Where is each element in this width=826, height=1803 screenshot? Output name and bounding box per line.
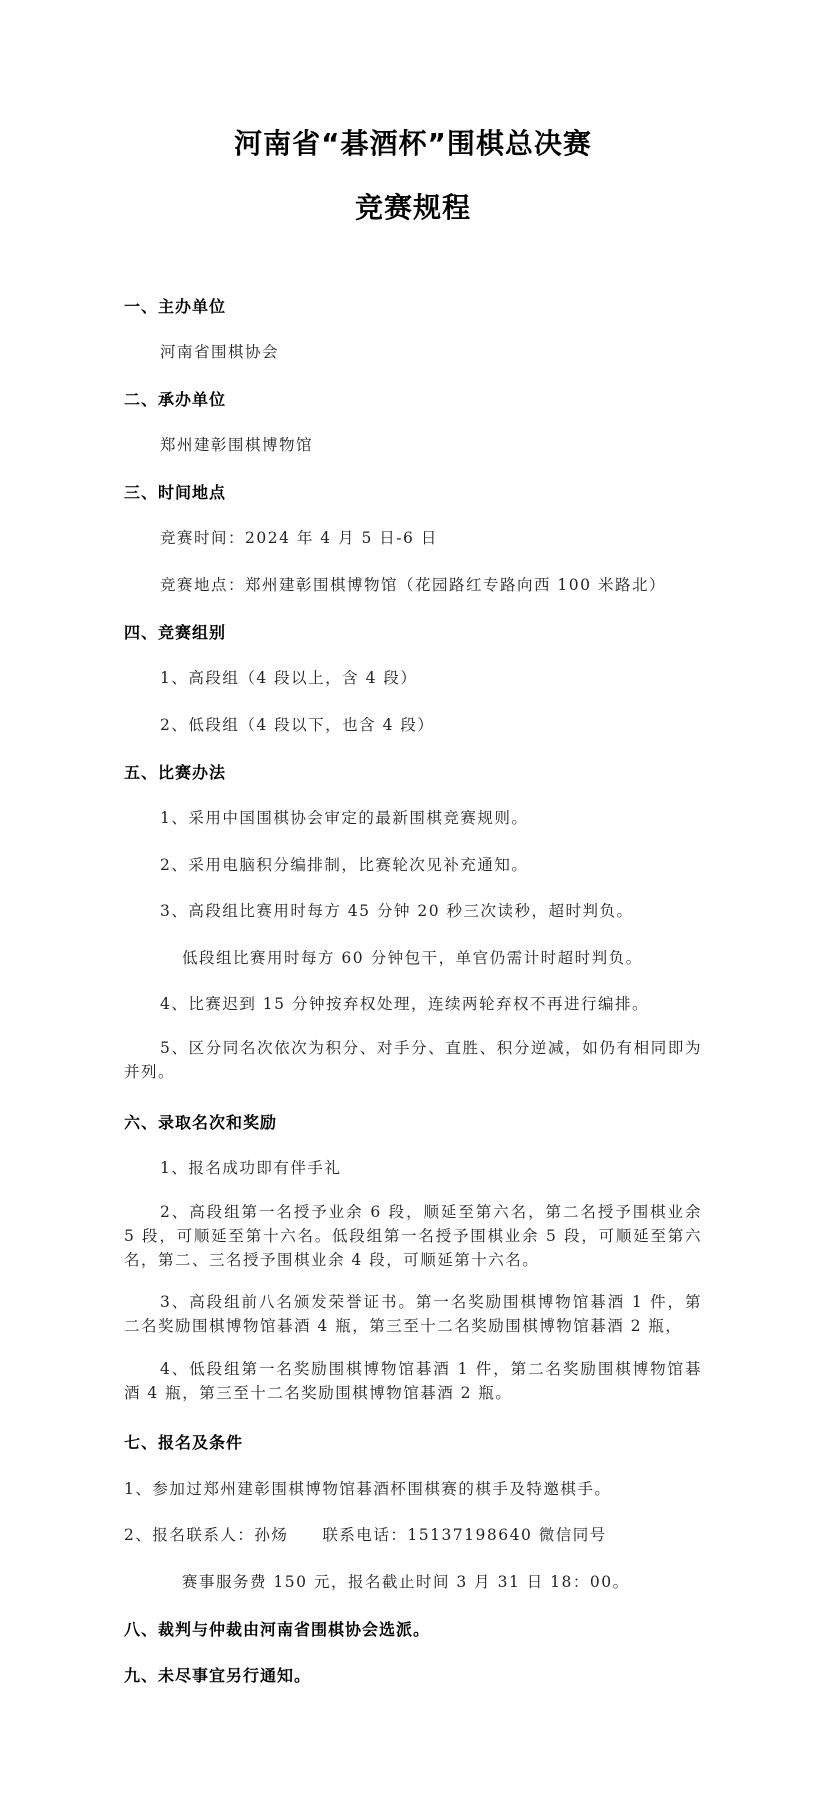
competition-time: 竞赛时间：2024 年 4 月 5 日-6 日 xyxy=(160,526,438,548)
registration-fee: 赛事服务费 150 元，报名截止时间 3 月 31 日 18：00。 xyxy=(182,1570,630,1592)
registration-1: 1、参加过郑州建彰围棋博物馆碁酒杯围棋赛的棋手及特邀棋手。 xyxy=(124,1477,611,1499)
competition-venue: 竞赛地点：郑州建彰围棋博物馆（花园路红专路向西 100 米路北） xyxy=(160,573,666,595)
rule-3: 3、高段组比赛用时每方 45 分钟 20 秒三次读秒，超时判负。 xyxy=(160,899,634,921)
document-subtitle: 竞赛规程 xyxy=(0,186,826,226)
rule-2: 2、采用电脑积分编排制，比赛轮次见补充通知。 xyxy=(160,853,528,875)
host-org: 河南省围棋协会 xyxy=(160,340,279,362)
section-heading-awards: 六、录取名次和奖励 xyxy=(124,1110,277,1133)
document-page: 河南省“碁酒杯”围棋总决赛 竞赛规程 一、主办单位 河南省围棋协会 二、承办单位… xyxy=(0,0,826,1803)
document-title: 河南省“碁酒杯”围棋总决赛 xyxy=(0,122,826,162)
section-heading-time-place: 三、时间地点 xyxy=(124,480,226,503)
rule-3-low-group: 低段组比赛用时每方 60 分钟包干，单官仍需计时超时判负。 xyxy=(182,946,643,968)
rule-5: 5、区分同名次依次为积分、对手分、直胜、积分逆减，如仍有相同即为并列。 xyxy=(124,1036,702,1084)
section-heading-host: 一、主办单位 xyxy=(124,294,226,317)
award-2: 2、高段组第一名授予业余 6 段，顺延至第六名，第二名授予围棋业余 5 段，可顺… xyxy=(124,1200,702,1272)
rule-4: 4、比赛迟到 15 分钟按弃权处理，连续两轮弃权不再进行编排。 xyxy=(160,992,649,1014)
group-high: 1、高段组（4 段以上，含 4 段） xyxy=(160,666,417,688)
award-3: 3、高段组前八名颁发荣誉证书。第一名奖励围棋博物馆碁酒 1 件，第二名奖励围棋博… xyxy=(124,1290,702,1338)
section-heading-misc: 九、未尽事宜另行通知。 xyxy=(124,1663,311,1686)
section-heading-referee: 八、裁判与仲裁由河南省围棋协会选派。 xyxy=(124,1617,430,1640)
rule-1: 1、采用中国围棋协会审定的最新围棋竞赛规则。 xyxy=(160,806,528,828)
organizer-org: 郑州建彰围棋博物馆 xyxy=(160,433,313,455)
group-low: 2、低段组（4 段以下，也含 4 段） xyxy=(160,713,434,735)
award-4: 4、低段组第一名奖励围棋博物馆碁酒 1 件，第二名奖励围棋博物馆碁酒 4 瓶，第… xyxy=(124,1357,702,1405)
registration-contact: 2、报名联系人：孙炀 联系电话：15137198640 微信同号 xyxy=(124,1523,607,1545)
section-heading-rules: 五、比赛办法 xyxy=(124,760,226,783)
section-heading-organizer: 二、承办单位 xyxy=(124,387,226,410)
section-heading-groups: 四、竞赛组别 xyxy=(124,620,226,643)
section-heading-registration: 七、报名及条件 xyxy=(124,1430,243,1453)
award-1: 1、报名成功即有伴手礼 xyxy=(160,1156,341,1178)
